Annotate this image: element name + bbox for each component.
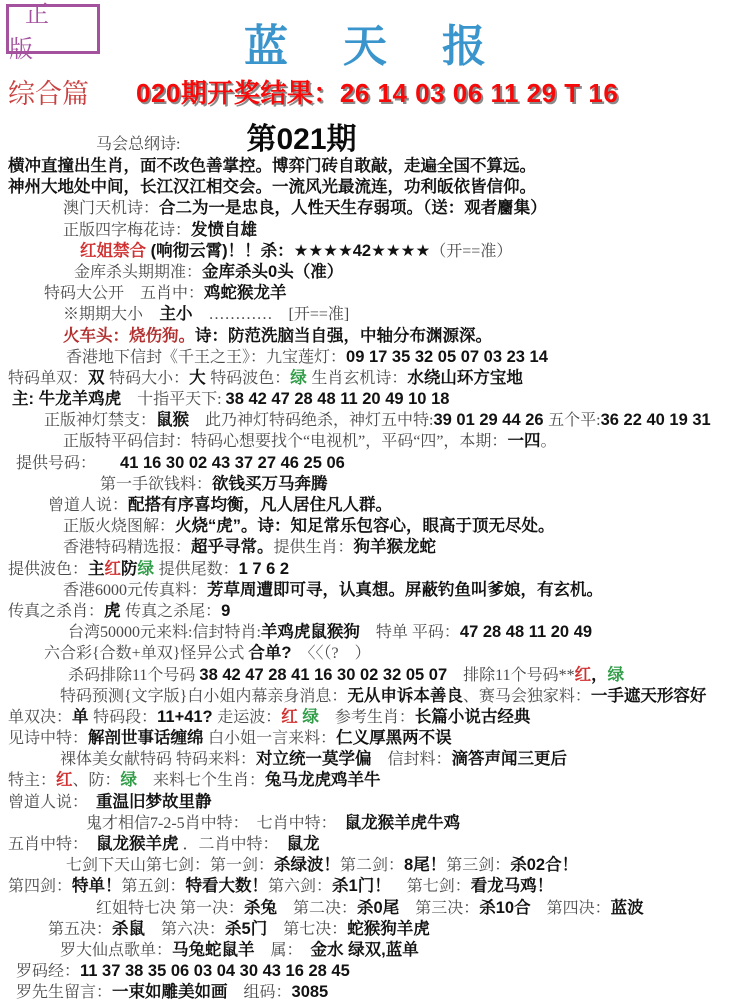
text-segment: 发愤自雄 [191,221,257,239]
text-segment: 提供波色： [8,561,88,578]
text-segment: 第六决： [145,921,225,938]
text-segment: 单 [72,708,93,726]
text-segment: 合单? [248,644,291,662]
text-segment: 特单！ [72,877,122,895]
text-segment: （开==准） [430,243,512,260]
text-segment: 红姐特七决 第一决： [96,900,244,917]
text-segment: 赛马会独家料： [479,688,591,705]
text-segment: 绿 [290,369,311,387]
text-segment: ．二肖中特： [179,836,287,853]
text-segment: 鼠龙 [287,835,320,853]
text-segment: 神州大地处中间，长江汉江相交会。一流风光最流连，功利皈依皆信仰。 [8,178,536,196]
text-segment: 牛龙羊鸡虎 [39,390,122,408]
text-segment: ※期期大小 [63,306,143,323]
text-segment: 1 7 6 2 [239,560,289,578]
text-segment: 见诗中特： [8,730,88,747]
text-segment: 第三决： [399,900,479,917]
text-line: ※期期大小 主小 ………… [开==准] [8,304,730,325]
body-lines: 马会总纲诗:第021期横冲直撞出生肖，面不改色善掌控。博弈门砖自敢敲，走遍全国不… [8,123,730,1004]
text-segment: ★★★★42★★★★ [294,242,431,260]
text-segment: 特码段： [93,709,157,726]
text-segment: 金库杀头0头（准） [202,263,343,281]
text-segment: 羊鸡虎鼠猴狗 [261,623,360,641]
text-segment: 绿 [608,666,625,684]
text-segment: 白小姐一言来料： [208,730,336,747]
text-segment: 蓝波 [611,899,644,917]
text-line: 见诗中特：解剖世事话缠绵 白小姐一言来料：仁义厚黑两不误 [8,728,730,749]
text-line: 台湾50000元来料:信封特肖:羊鸡虎鼠猴狗 特单 平码：47 28 48 11… [8,622,730,643]
text-segment: 台湾50000元来料:信封特肖: [68,624,261,641]
text-segment: 罗先生留言： [16,984,112,1001]
text-line: 正版神灯禁支：鼠猴 此乃神灯特码绝杀，神灯五中特:39 01 29 44 26 … [8,410,730,431]
text-segment: ， [591,666,608,684]
text-line: 罗大仙点歌单：马兔蛇鼠羊 属： 金水 绿双,蓝单 [8,940,730,961]
text-line: 特码预测{文字版}白小姐内幕亲身消息：无从申诉本善良、赛马会独家料：一手遮天形容… [8,686,730,707]
text-segment: 第五剑： [122,878,186,895]
text-line: 主: 牛龙羊鸡虎 十指平天下: 38 42 47 28 48 11 20 49 … [8,389,730,410]
section-label: 综合篇 [8,72,89,111]
text-segment: 长篇小说古经典 [415,708,531,726]
text-segment: 正版火烧图解： [63,518,175,535]
text-segment: 09 17 35 32 05 07 03 23 14 [346,348,548,366]
text-line: 杀码排除11个号码 38 42 47 28 41 16 30 02 32 05 … [8,665,730,686]
text-line: 正版特平码信封：特码心想要找个“电视机”，平码“四”，本期：一四。 [8,431,730,452]
text-segment: 兔马龙虎鸡羊牛 [265,771,381,789]
text-segment: 火烧“虎”。诗：知足常乐包容心，眼高于顶无尽处。 [175,517,555,535]
text-segment: 提供号码： [16,455,120,472]
text-segment: 特码大公开 五肖中： [44,285,204,302]
text-segment: 金水 绿双,蓝单 [311,941,419,959]
text-segment: 信封料： [372,751,452,768]
text-segment: 特码预测{文字版}白小姐内幕亲身消息： [60,688,347,705]
text-segment: 11+41? [157,708,217,726]
text-segment: 鬼才相信7-2-5肖中特： 七肖中特： [86,815,345,832]
text-segment: 鼠龙猴羊虎 [96,835,179,853]
text-segment: 十指平天下: [121,391,225,408]
text-line: 第五决：杀鼠 第六决：杀5门 第七决：蛇猴狗羊虎 [8,919,730,940]
text-segment: 蛇猴狗羊虎 [347,920,430,938]
text-line: 单双决：单 特码段：11+41? 走运波：红 绿 参考生肖：长篇小说古经典 [8,707,730,728]
text-line: 曾道人说： 重温旧梦故里静 [8,792,730,813]
text-segment: 、防： [73,772,121,789]
text-segment: 第021期 [246,123,356,156]
text-segment: 第四决： [531,900,611,917]
text-segment: 裸体美女献特码 特码来料： [60,751,256,768]
text-segment: 11 37 38 35 06 03 04 30 43 16 28 45 [80,962,350,980]
text-segment: 特单 平码： [360,624,460,641]
text-line: 横冲直撞出生肖，面不改色善掌控。博弈门砖自敢敲，走遍全国不算远。 [8,156,730,177]
text-segment: ………… [193,306,289,323]
text-segment: 特主： [8,772,56,789]
text-segment: 杀鼠 [112,920,145,938]
page-title: 蓝天报 [0,10,730,74]
text-line: 澳门天机诗：合二为一是忠良，人性天生存弱项。（送：观者麕集） [8,198,730,219]
text-line: 提供号码： 41 16 30 02 43 37 27 46 25 06 [8,453,730,474]
text-segment: 36 22 40 19 31 [601,411,711,429]
text-segment: 第五决： [48,921,112,938]
text-segment: 生肖玄机诗： [311,370,407,387]
text-line: 特码大公开 五肖中：鸡蛇猴龙羊 [8,283,730,304]
text-line: 第一手欲钱料：欲钱买万马奔腾 [8,474,730,495]
text-segment: 马兔蛇鼠羊 [172,941,255,959]
text-segment: 杀5门 [225,920,267,938]
text-segment: 9 [221,602,230,620]
text-line: 马会总纲诗:第021期 [8,123,730,156]
text-line: 曾道人说：配搭有序喜均衡，凡人居住凡人群。 [8,495,730,516]
text-segment: 单双决： [8,709,72,726]
text-segment: 超乎寻常。 [191,538,274,556]
text-segment: (响彻云霄)！！杀： [146,242,294,260]
text-segment: 组码： [228,984,292,1001]
text-line: 裸体美女献特码 特码来料：对立统一莫学偏 信封料：滴答声闻三更后 [8,749,730,770]
text-segment: 杀1门！ [332,877,391,895]
text-segment: 马会总纲诗: [96,136,180,153]
text-segment: 特码波色： [210,370,290,387]
text-segment: 主小 [143,305,193,323]
text-segment: 仁义厚黑两不误 [336,729,452,747]
text-line: 香港特码精选报：超乎寻常。提供生肖：狗羊猴龙蛇 [8,537,730,558]
text-line: 香港地下信封《千王之王》：九宝莲灯：09 17 35 32 05 07 03 2… [8,347,730,368]
text-segment: 双 [88,369,109,387]
text-segment: 提供尾数： [159,561,239,578]
text-line: 传真之杀肖：虎 传真之杀尾：9 [8,601,730,622]
text-segment: 、 [463,688,479,705]
text-segment: 五肖中特： [8,836,96,853]
text-segment: 杀10合 [479,899,530,917]
text-segment: 第二决： [277,900,357,917]
text-segment: 澳门天机诗： [63,200,159,217]
text-segment: 绿 [302,708,319,726]
text-line: 红姐禁合 (响彻云霄)！！杀：★★★★42★★★★（开==准） [8,241,730,262]
text-segment: 走运波： [217,709,281,726]
text-segment: 红 [575,666,592,684]
text-segment: 特码大小： [109,370,189,387]
text-segment: 红 [281,708,302,726]
text-segment: 金库杀头期期准： [74,264,202,281]
text-line: 第四剑：特单！第五剑：特看大数！第六剑：杀1门！ 第七剑：看龙马鸡！ [8,876,730,897]
text-segment: 鸡蛇猴龙羊 [204,284,287,302]
text-segment: 杀绿波！ [274,856,340,874]
text-line: 神州大地处中间，长江汉江相交会。一流风光最流连，功利皈依皆信仰。 [8,177,730,198]
text-line: 特主：红、防：绿 来料七个生肖：兔马龙虎鸡羊牛 [8,770,730,791]
text-segment: 欲钱买万马奔腾 [212,475,328,493]
text-segment: 〈〈（? ） [291,645,370,662]
text-line: 金库杀头期期准：金库杀头0头（准） [8,262,730,283]
text-segment: 特看大数！ [186,877,269,895]
text-segment: 香港特码精选报： [63,539,191,556]
text-segment: 第二剑： [340,857,404,874]
text-segment: 六合彩{合数+单双}怪异公式 [44,645,248,662]
text-segment: 防 [121,560,138,578]
text-segment: 属： [255,942,311,959]
text-segment: 香港地下信封《千王之王》：九宝莲灯： [66,349,346,366]
text-segment: 一手遮天形容好 [591,687,707,705]
text-segment: [开==准] [289,306,350,323]
text-segment: 正版神灯禁支： [44,412,156,429]
text-segment: 水绕山环方宝地 [407,369,523,387]
text-line: 正版四字梅花诗：发愤自雄 [8,220,730,241]
text-segment: 诗：防范洗脑当自强，中轴分布渊源深。 [195,327,492,345]
text-segment: 重温旧梦故里静 [96,793,212,811]
text-segment: 第七决： [267,921,347,938]
text-segment: 47 28 48 11 20 49 [460,623,592,641]
text-line: 红姐特七决 第一决：杀兔 第二决：杀0尾 第三决：杀10合 第四决：蓝波 [8,898,730,919]
text-segment: 排除11个号码** [447,667,574,684]
text-segment: 正版四字梅花诗： [63,222,191,239]
text-segment: 38 42 47 28 41 16 30 02 32 05 07 [199,666,447,684]
text-segment: 芳草周遭即可寻，认真想。屏蔽钓鱼叫爹娘，有玄机。 [207,581,603,599]
text-line: 火车头：烧伤狗。诗：防范洗脑当自强，中轴分布渊源深。 [8,326,730,347]
text-segment: 看龙马鸡！ [471,877,554,895]
text-segment: 38 42 47 28 48 11 20 49 10 18 [226,390,450,408]
text-line: 正版火烧图解：火烧“虎”。诗：知足常乐包容心，眼高于顶无尽处。 [8,516,730,537]
text-segment: 绿 [138,560,159,578]
text-segment: 主 [88,560,105,578]
text-segment: 第四剑： [8,878,72,895]
text-segment: 无从申诉本善良 [347,687,463,705]
lottery-tip-sheet: 正 版 蓝天报 综合篇 020期开奖结果：26 14 03 06 11 29 T… [0,0,730,1008]
text-line: 六合彩{合数+单双}怪异公式 合单? 〈〈（? ） [8,643,730,664]
text-line: 罗码经：11 37 38 35 06 03 04 30 43 16 28 45 [8,961,730,982]
text-segment: 红 [56,771,73,789]
text-segment: 五个平: [548,412,600,429]
text-segment: 滴答声闻三更后 [452,750,568,768]
text-segment: 杀02合！ [510,856,578,874]
text-segment: 特码单双： [8,370,88,387]
text-line: 特码单双：双 特码大小：大 特码波色：绿 生肖玄机诗：水绕山环方宝地 [8,368,730,389]
text-segment: 曾道人说： [8,794,96,811]
text-segment: 正版特平码信封： [63,433,191,450]
text-segment: 一束如雕美如画 [112,983,228,1001]
text-line: 五肖中特： 鼠龙猴羊虎 ．二肖中特： 鼠龙 [8,834,730,855]
text-segment: 虎 [104,602,125,620]
text-segment: 解剖世事话缠绵 [88,729,208,747]
text-segment: 第一手欲钱料： [100,476,212,493]
text-line: 罗先生留言：一束如雕美如画 组码：3085 [8,982,730,1003]
text-segment: 杀兔 [244,899,277,917]
text-segment: 狗羊猴龙蛇 [354,538,437,556]
text-segment: 罗大仙点歌单： [60,942,172,959]
text-segment: 8尾！ [404,856,446,874]
text-segment: 39 01 29 44 26 [433,411,548,429]
text-segment: 合二为一是忠良，人性天生存弱项。（送：观者麕集） [159,199,547,217]
text-line: 鬼才相信7-2-5肖中特： 七肖中特： 鼠龙猴羊虎牛鸡 [8,813,730,834]
text-line: 提供波色：主红防绿 提供尾数：1 7 6 2 [8,559,730,580]
text-segment: 来料七个生肖： [137,772,265,789]
text-segment: 3085 [292,983,329,1001]
text-segment: 香港6000元传真料： [63,582,207,599]
text-segment: 配搭有序喜均衡，凡人居住凡人群。 [128,496,392,514]
text-segment: 火车头：烧伤狗。 [63,327,195,345]
text-segment: 此乃神灯特码绝杀，神灯五中特: [189,412,433,429]
text-segment: 传真之杀肖： [8,603,104,620]
text-segment: 。 [540,433,556,450]
text-line: 香港6000元传真料：芳草周遭即可寻，认真想。屏蔽钓鱼叫爹娘，有玄机。 [8,580,730,601]
text-segment: 主: [12,390,39,408]
text-line: 七剑下天山第七剑：第一剑：杀绿波！第二剑：8尾！第三剑：杀02合！ [8,855,730,876]
text-segment: 绿 [121,771,138,789]
text-segment: 罗码经： [16,963,80,980]
text-segment: 第三剑： [446,857,510,874]
text-segment: 一四 [507,432,540,450]
text-segment: 鼠猴 [156,411,189,429]
text-segment: 参考生肖： [319,709,415,726]
text-segment: 41 16 30 02 43 37 27 46 25 06 [120,454,345,472]
text-segment: 传真之杀尾： [125,603,221,620]
text-segment: 杀码排除11个号码 [68,667,199,684]
text-segment: 第七剑： [391,878,471,895]
text-segment: 大 [189,369,210,387]
text-segment: 第六剑： [268,878,332,895]
text-segment: 曾道人说： [48,497,128,514]
text-segment: 鼠龙猴羊虎牛鸡 [345,814,461,832]
text-segment: 七剑下天山第七剑：第一剑： [66,857,274,874]
text-segment: 对立统一莫学偏 [256,750,372,768]
text-segment: 红 [105,560,122,578]
text-segment: 红姐禁合 [80,242,146,260]
text-segment: 特码心想要找个“电视机”，平码“四”，本期： [191,433,507,450]
text-segment: 杀0尾 [357,899,399,917]
draw-result-line: 020期开奖结果：26 14 03 06 11 29 T 16 [136,73,618,110]
text-segment: 横冲直撞出生肖，面不改色善掌控。博弈门砖自敢敲，走遍全国不算远。 [8,157,536,175]
text-segment: 提供生肖： [274,539,354,556]
